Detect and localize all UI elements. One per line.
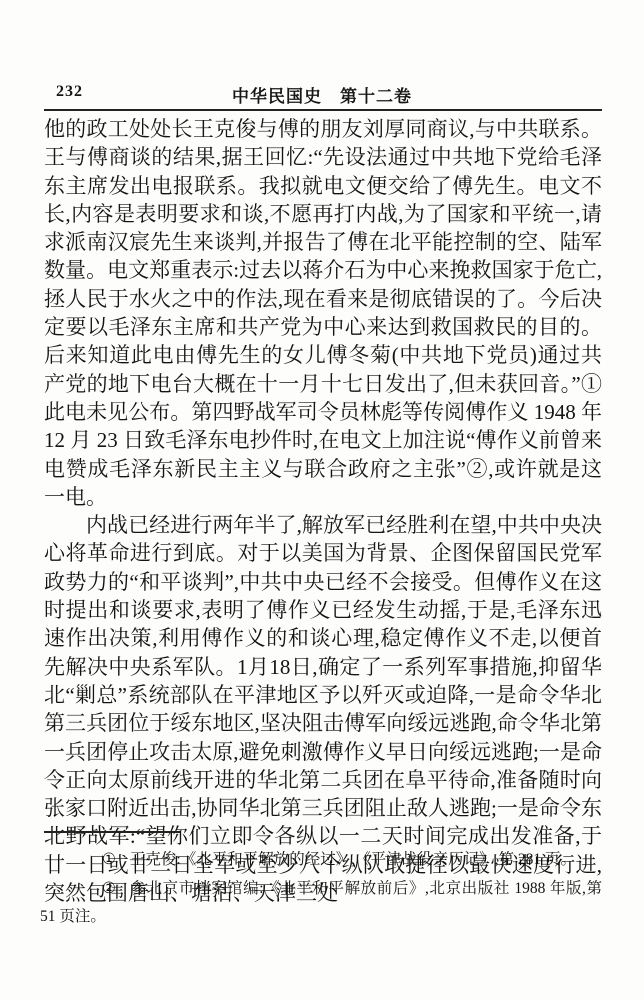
footnote-2: ②参北京市档案馆编:《北平和平解放前后》,北京出版社 1988 年版,第 51 … <box>40 875 602 932</box>
footnote-2-text: 参北京市档案馆编:《北平和平解放前后》,北京出版社 1988 年版,第 51 页… <box>40 880 602 926</box>
footnote-2-marker: ② <box>102 880 117 897</box>
header-rule <box>44 109 602 111</box>
paragraph-1: 他的政工处处长王克俊与傅的朋友刘厚同商议,与中共联系。王与傅商谈的结果,据王回忆… <box>44 115 602 511</box>
footnote-1-marker: ① <box>102 851 116 868</box>
running-header: 232 中华民国史 第十二卷 <box>44 82 600 106</box>
header-title: 中华民国史 第十二卷 <box>44 82 600 107</box>
body-text: 他的政工处处长王克俊与傅的朋友刘厚同商议,与中共联系。王与傅商谈的结果,据王回忆… <box>44 115 602 907</box>
footnote-area: ①王克俊:《北平和平解放的经过》,《平津战役亲历记》,第 281 页。 ②参北京… <box>40 831 602 932</box>
book-page: 232 中华民国史 第十二卷 他的政工处处长王克俊与傅的朋友刘厚同商议,与中共联… <box>0 0 644 1000</box>
footnote-1-text: 王克俊:《北平和平解放的经过》,《平津战役亲历记》,第 281 页。 <box>130 851 576 868</box>
footnote-1: ①王克俊:《北平和平解放的经过》,《平津战役亲历记》,第 281 页。 <box>40 846 602 875</box>
footnote-separator-rule <box>44 831 180 833</box>
